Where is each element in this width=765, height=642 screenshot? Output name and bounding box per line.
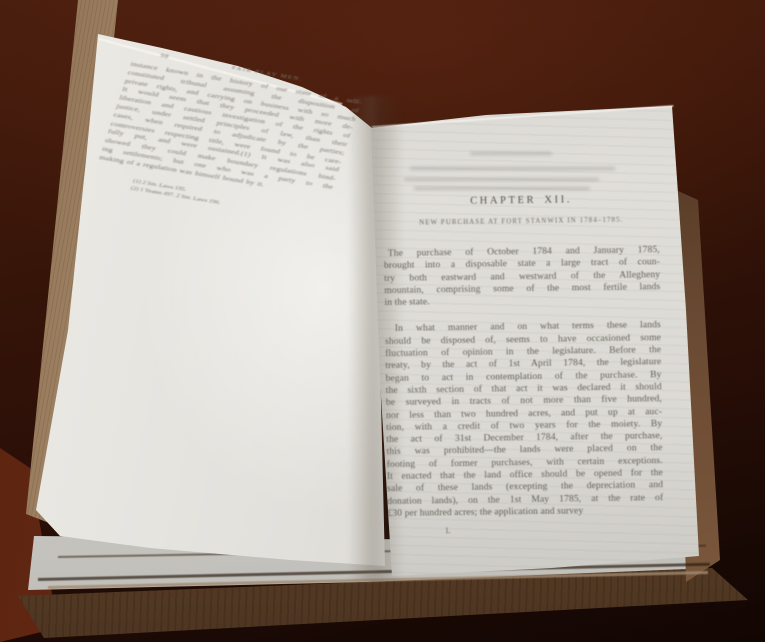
show-through-text-line	[404, 178, 599, 181]
signature-mark: L	[446, 526, 451, 535]
show-through-text-line	[410, 167, 615, 170]
right-page-text: CHAPTER XII. NEW PURCHASE AT FORT STANWI…	[383, 193, 663, 520]
paragraph-2: In what manner and on what terms these l…	[385, 320, 664, 521]
book-photo: 98 FAIR PLAY MEN. instance known in the …	[0, 0, 765, 642]
show-through-text-line	[470, 152, 552, 155]
chapter-subtitle: NEW PURCHASE AT FORT STANWIX IN 1784–178…	[383, 216, 659, 227]
show-through-text-line	[414, 187, 590, 190]
paragraph-1: The purchase of October 1784 and January…	[384, 244, 661, 309]
body-text-line: in the state.	[384, 293, 660, 309]
